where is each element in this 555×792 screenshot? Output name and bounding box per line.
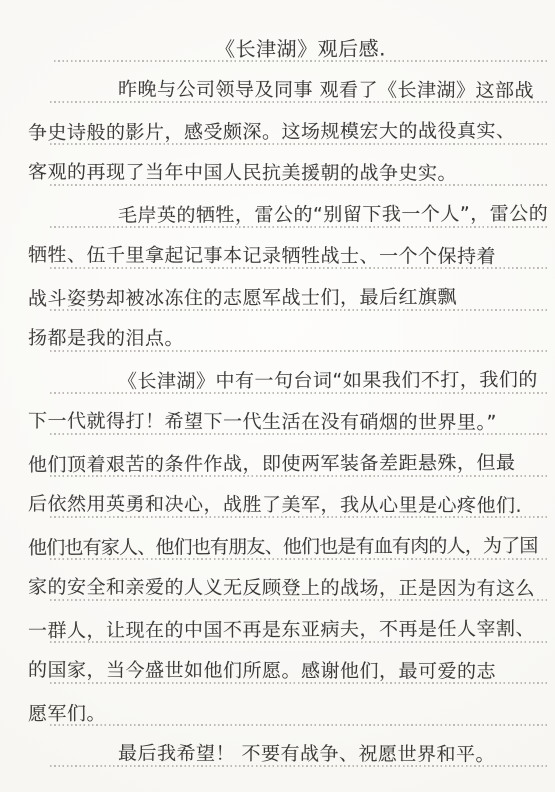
ruled-row: 牺牲、伍千里拿起记事本记录牺牲战士、一个个保持着 <box>0 228 555 270</box>
ruled-row: 家的安全和亲爱的人义无反顾登上的战场，正是因为有这么 <box>0 560 555 602</box>
ruled-row: 战斗姿势却被冰冻住的志愿军战士们，最后红旗飘 <box>0 269 555 311</box>
ruled-row: 扬都是我的泪点。 <box>0 311 555 353</box>
ruled-row: 争史诗般的影片，感受颇深。这场规模宏大的战役真实、 <box>0 103 555 145</box>
handwritten-line: 牺牲、伍千里拿起记事本记录牺牲战士、一个个保持着 <box>0 243 555 269</box>
handwritten-line: 客观的再现了当年中国人民抗美援朝的战争史实。 <box>0 160 555 186</box>
essay-title: 《长津湖》观后感. <box>0 35 555 61</box>
ruled-row: 的国家，当今盛世如他们所愿。感谢他们，最可爱的志 <box>0 643 555 685</box>
handwritten-line: 战斗姿势却被冰冻住的志愿军战士们，最后红旗飘 <box>0 284 555 310</box>
notebook-page: 《长津湖》观后感. 昨晚与公司领导及同事 观看了《长津湖》这部战 争史诗般的影片… <box>0 0 555 792</box>
handwritten-line: 的国家，当今盛世如他们所愿。感谢他们，最可爱的志 <box>0 658 555 684</box>
ruled-row: 毛岸英的牺牲，雷公的“别留下我一个人”，雷公的 <box>0 186 555 228</box>
ruled-row: 最后我希望！ 不要有战争、祝愿世界和平。 <box>0 726 555 768</box>
ruled-row: 他们也有家人、他们也有朋友、他们也是有血有肉的人，为了国 <box>0 518 555 560</box>
handwritten-line: 一群人，让现在的中国不再是东亚病夫，不再是任人宰割、 <box>0 616 555 642</box>
handwritten-line: 愿军们。 <box>0 699 555 725</box>
handwritten-line: 家的安全和亲爱的人义无反顾登上的战场，正是因为有这么 <box>0 575 555 601</box>
rule-line <box>50 765 548 767</box>
ruled-row: 《长津湖》观后感. <box>0 20 555 62</box>
ruled-row: 他们顶着艰苦的条件作战，即使两军装备差距悬殊，但最 <box>0 435 555 477</box>
handwritten-line: 最后我希望！ 不要有战争、祝愿世界和平。 <box>0 741 555 767</box>
handwritten-line: 《长津湖》中有一句台词“如果我们不打，我们的 <box>0 367 555 393</box>
handwritten-line: 昨晚与公司领导及同事 观看了《长津湖》这部战 <box>0 77 555 103</box>
ruled-row: 后依然用英勇和决心，战胜了美军，我从心里是心疼他们. <box>0 477 555 519</box>
ruled-row: 《长津湖》中有一句台词“如果我们不打，我们的 <box>0 352 555 394</box>
handwritten-line: 他们也有家人、他们也有朋友、他们也是有血有肉的人，为了国 <box>0 533 555 559</box>
handwritten-line: 下一代就得打！希望下一代生活在没有硝烟的世界里。” <box>0 409 555 435</box>
handwritten-line: 扬都是我的泪点。 <box>0 326 555 352</box>
handwritten-line: 他们顶着艰苦的条件作战，即使两军装备差距悬殊，但最 <box>0 450 555 476</box>
ruled-row: 昨晚与公司领导及同事 观看了《长津湖》这部战 <box>0 62 555 104</box>
ruled-row: 下一代就得打！希望下一代生活在没有硝烟的世界里。” <box>0 394 555 436</box>
ruled-row: 一群人，让现在的中国不再是东亚病夫，不再是任人宰割、 <box>0 601 555 643</box>
ruled-row: 客观的再现了当年中国人民抗美援朝的战争史实。 <box>0 145 555 187</box>
handwritten-line: 后依然用英勇和决心，战胜了美军，我从心里是心疼他们. <box>0 492 555 518</box>
handwritten-line: 争史诗般的影片，感受颇深。这场规模宏大的战役真实、 <box>0 118 555 144</box>
handwritten-line: 毛岸英的牺牲，雷公的“别留下我一个人”，雷公的 <box>0 201 555 227</box>
ruled-row: 愿军们。 <box>0 684 555 726</box>
